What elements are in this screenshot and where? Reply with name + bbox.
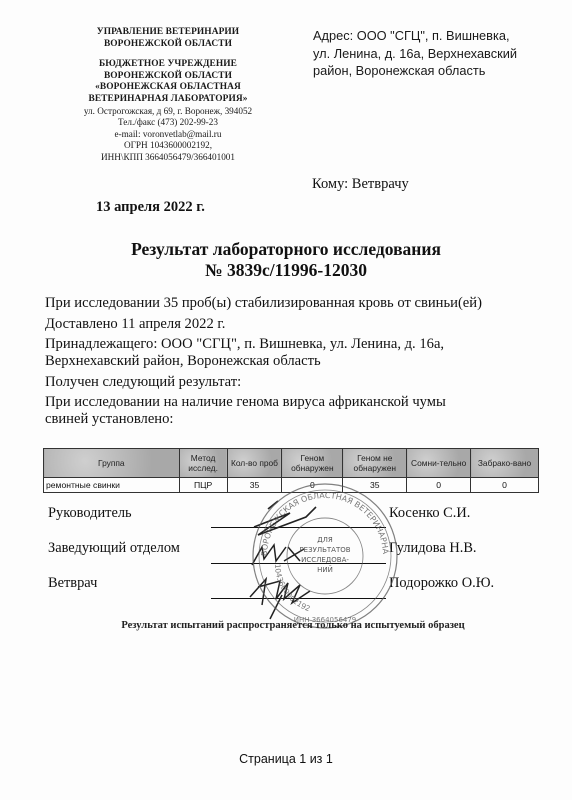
page-number: Страница 1 из 1 [0,752,572,766]
recipient-address: Адрес: ООО "СГЦ", п. Вишневка, ул. Ленин… [313,27,563,80]
signature-role-dept: Заведующий отделом [48,540,180,557]
delivered-text: Доставлено 11 апреля 2022 г. [45,316,545,333]
org-inn-kpp: ИНН\КПП 3664056479/366401001 [58,152,278,164]
header-genome-detected: Геном обнаружен [282,449,343,478]
dept-line-2: ВОРОНЕЖСКОЙ ОБЛАСТИ [58,39,278,51]
org-email: e-mail: voronvetlab@mail.ru [58,129,278,141]
result-intro: Получен следующий результат: [45,374,545,391]
results-table: Группа Метод исслед. Кол-во проб Геном о… [43,448,539,493]
org-address: ул. Острогожская, д 69, г. Воронеж, 3940… [58,106,278,118]
cell-rejected: 0 [471,478,539,493]
signature-name-head: Косенко С.И. [389,505,470,522]
signature-name-vet: Подорожко О.Ю. [389,575,494,592]
table-header-row: Группа Метод исслед. Кол-во проб Геном о… [44,449,539,478]
dept-line-1: УПРАВЛЕНИЕ ВЕТЕРИНАРИИ [58,27,278,39]
title-number: № 3839с/11996-12030 [60,260,512,281]
org-ogrn: ОГРН 1043600002192, [58,140,278,152]
document-body: При исследовании 35 проб(ы) стабилизиров… [45,295,545,428]
cell-sample-count: 35 [227,478,282,493]
handwritten-signatures-icon [240,495,350,620]
finding-line-1: При исследовании на наличие генома вирус… [45,394,545,411]
signature-name-dept: Гулидова Н.В. [389,540,477,557]
header-group: Группа [44,449,180,478]
recipient: Кому: Ветврачу [312,176,409,193]
owner-line-1: Принадлежащего: ООО "СГЦ", п. Вишневка, … [45,336,545,353]
document-date: 13 апреля 2022 г. [96,199,205,216]
cell-genome-detected: 0 [282,478,343,493]
inst-line-2: ВОРОНЕЖСКОЙ ОБЛАСТИ [58,71,278,83]
recipient-address-line-1: Адрес: ООО "СГЦ", п. Вишневка, [313,27,563,45]
samples-text: При исследовании 35 проб(ы) стабилизиров… [45,295,545,312]
owner-line-2: Верхнехавский район, Воронежская область [45,353,545,370]
inst-line-4: ВЕТЕРИНАРНАЯ ЛАБОРАТОРИЯ» [58,94,278,106]
header-method: Метод исслед. [179,449,227,478]
organization-header: УПРАВЛЕНИЕ ВЕТЕРИНАРИИ ВОРОНЕЖСКОЙ ОБЛАС… [58,27,278,164]
header-rejected: Забрако-вано [471,449,539,478]
signature-role-vet: Ветврач [48,575,97,592]
signature-role-head: Руководитель [48,505,132,522]
recipient-address-line-3: район, Воронежская область [313,62,563,80]
title-line-1: Результат лабораторного исследования [60,239,512,260]
header-doubtful: Сомни-тельно [407,449,471,478]
finding-line-2: свиней установлено: [45,411,545,428]
inst-line-3: «ВОРОНЕЖСКАЯ ОБЛАСТНАЯ [58,82,278,94]
table-row: ремонтные свинки ПЦР 35 0 35 0 0 [44,478,539,493]
inst-line-1: БЮДЖЕТНОЕ УЧРЕЖДЕНИЕ [58,59,278,71]
cell-genome-not-detected: 35 [343,478,407,493]
cell-method: ПЦР [179,478,227,493]
header-genome-not-detected: Геном не обнаружен [343,449,407,478]
org-phone: Тел./факс (473) 202-99-23 [58,117,278,129]
header-sample-count: Кол-во проб [227,449,282,478]
cell-group: ремонтные свинки [44,478,180,493]
document-title: Результат лабораторного исследования № 3… [60,239,512,281]
document-page: УПРАВЛЕНИЕ ВЕТЕРИНАРИИ ВОРОНЕЖСКОЙ ОБЛАС… [0,0,572,800]
disclaimer-note: Результат испытаний распространяется тол… [103,620,483,631]
cell-doubtful: 0 [407,478,471,493]
recipient-address-line-2: ул. Ленина, д. 16а, Верхнехавский [313,45,563,63]
